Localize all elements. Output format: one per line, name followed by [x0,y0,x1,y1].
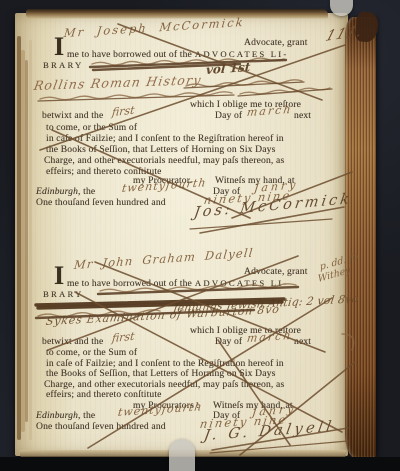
book-scan: 111. Mr Joseph McCormick Advocate, grant… [0,0,400,471]
form1-edinburgh-line: Edinburgh, the [36,186,95,197]
form2-books-line: the Books of Seſſion, that Letters of Ho… [46,368,275,379]
form2-next: next [294,336,311,347]
form1-initial: I [54,35,64,58]
borrowed-prefix: me to have borrowed out of the [67,278,192,289]
edinburgh-word: Edinburgh, [36,410,81,421]
page-holder-tab [330,0,353,16]
library-caps: ADVOCATES LI- [195,49,289,59]
form1-borrowed-line: me to have borrowed out of theADVOCATES … [67,49,288,60]
torn-page-top-edge [26,9,328,19]
form2-betwixt: betwixt and the [42,336,103,347]
form2-due-day: first [111,330,135,346]
form2-charge-line: Charge, and other executorials needful, … [44,379,284,390]
form2-advocate-grant: Advocate, grant [244,266,308,277]
the-word: the [83,186,95,197]
form1-next: next [294,110,311,121]
the-word: the [83,410,95,421]
form1-due-day: first [111,104,135,120]
form1-advocate-grant: Advocate, grant [244,37,308,48]
form2-edinburgh-line: Edinburgh, the [36,410,95,421]
form1-to-come: to come, or the Sum of [46,122,137,133]
book-fore-edge [345,17,376,458]
background-shadow [0,457,400,471]
page-holder-tab [169,439,195,471]
form2-to-come: to come, or the Sum of [46,347,137,358]
form1-brary: BRARY [43,60,83,70]
form2-effeirs-line: effeirs; and thereto conſtitute [46,389,162,400]
form1-charge-line: Charge, and other executorials needful, … [44,155,284,166]
form1-books-line: the Books of Seſſion, that Letters of Ho… [46,144,275,155]
form2-brary: BRARY [43,289,83,299]
form1-failzie-line: in caſe of Failzie; and I conſent to the… [46,133,284,144]
form2-borrowed-line: me to have borrowed out of theADVOCATES … [67,278,288,289]
binding-stub [25,60,28,422]
library-caps: ADVOCATES LI- [195,278,289,288]
form1-betwixt: betwixt and the [42,110,103,121]
form2-day-of: Day of [215,336,242,347]
form1-one-thousand: One thouſand ſeven hundred and [36,197,166,208]
form2-one-thousand: One thouſand ſeven hundred and [36,421,166,432]
binding-stub [29,40,32,440]
borrowed-prefix: me to have borrowed out of the [67,49,192,60]
form2-initial: I [54,264,64,287]
form2-failzie-line: in caſe of Failzie; and I conſent to the… [46,358,284,369]
edinburgh-word: Edinburgh, [36,186,81,197]
form1-day-of: Day of [215,110,242,121]
